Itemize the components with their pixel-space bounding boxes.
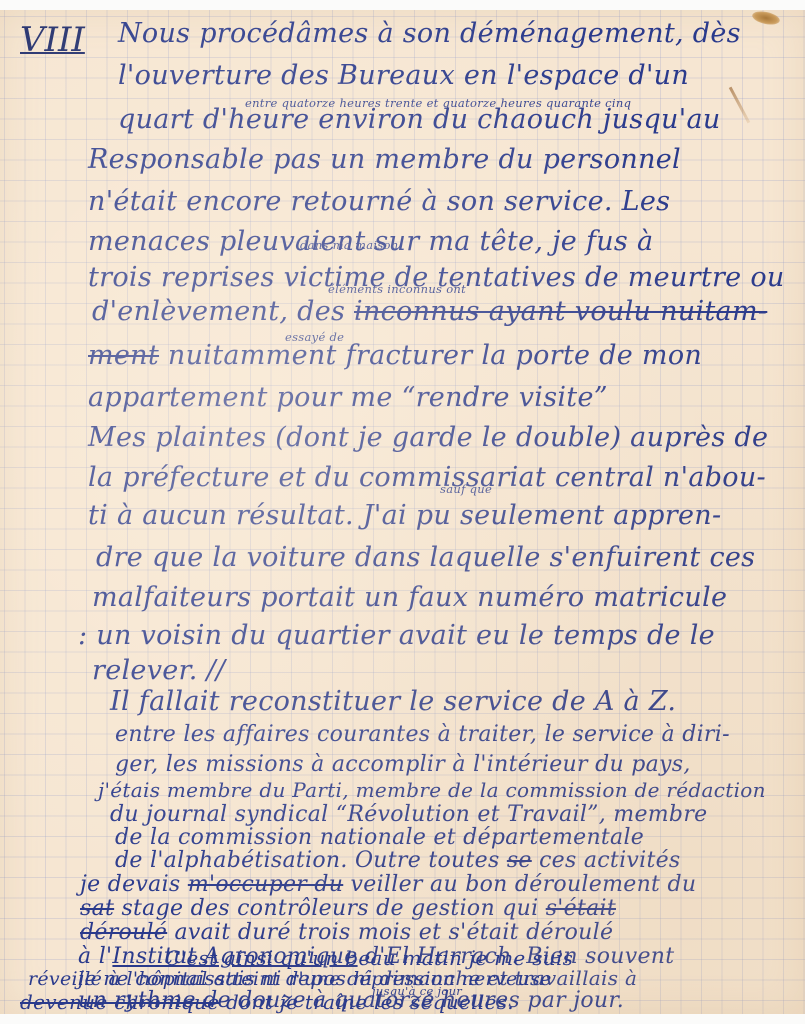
paper-stain (751, 9, 781, 27)
struck-text-line-9: ment (88, 340, 159, 371)
struck-text-lower-8-end: s'était (546, 896, 616, 921)
lower-line-9: déroulé avait duré trois mois et s'était… (80, 920, 613, 945)
struck-text-lower-15: devenue chronique (20, 990, 219, 1014)
lower-line-2: ger, les missions à accomplir à l'intéri… (115, 752, 691, 777)
text-line-2: l'ouverture des Bureaux en l'espace d'un (118, 60, 689, 91)
text-line-5: n'était encore retourné à son service. L… (88, 186, 670, 217)
text-line-8: d'enlèvement, des inconnus ayant voulu n… (92, 296, 767, 327)
text-line-17: relever. // (92, 655, 225, 686)
lower-line-8: sat stage des contrôleurs de gestion qui… (80, 896, 616, 921)
lower-line-15-rest: dont je traîne les séquelles. (226, 990, 514, 1014)
lower-line-7-start: je devais (80, 872, 181, 897)
lower-line-15: devenue chronique dont je traîne les séq… (20, 990, 514, 1014)
paper-crease (729, 87, 750, 124)
lower-line-6-start: de l'alphabétisation. Outre toutes (115, 848, 500, 873)
manuscript-page: VIII Nous procédâmes à son déménagement,… (0, 10, 805, 1014)
struck-text-lower-8: sat (80, 896, 114, 921)
text-line-12: la préfecture et du commissariat central… (88, 462, 766, 493)
lower-line-1: entre les affaires courantes à traiter, … (115, 722, 730, 747)
insertion-note-line-7: dans ma maison (300, 238, 398, 252)
lower-line-4: du journal syndical “Révolution et Trava… (110, 802, 707, 827)
text-line-3: quart d'heure environ du chaouch jusqu'a… (118, 104, 721, 135)
lower-line-5: de la commission nationale et départemen… (115, 825, 644, 850)
lower-line-3: j'étais membre du Parti, membre de la co… (98, 778, 766, 802)
lower-line-7: je devais m'occuper du veiller au bon dé… (80, 872, 696, 897)
text-line-9: ment nuitamment fracturer la porte de mo… (88, 340, 702, 371)
text-line-15: malfaiteurs portait un faux numéro matri… (92, 582, 727, 613)
text-line-14: dre que la voiture dans laquelle s'enfui… (96, 542, 755, 573)
lower-line-7-rest: veiller au bon déroulement du (351, 872, 697, 897)
text-line-11: Mes plaintes (dont je garde le double) a… (88, 422, 768, 453)
struck-text-lower-6: se (507, 848, 532, 873)
insertion-note-line-13: sauf que (440, 482, 492, 496)
lower-line-13: C'est ainsi qu'un beau matin je me suis (165, 946, 573, 970)
struck-text-lower-9: déroulé (80, 920, 167, 945)
text-line-10: appartement pour me “rendre visite” (88, 382, 608, 413)
lower-line-8-rest: stage des contrôleurs de gestion qui (121, 896, 538, 921)
page-number: VIII (20, 20, 85, 60)
struck-text-line-8: inconnus ayant voulu nuitam- (354, 296, 767, 327)
lower-line-9-rest: avait duré trois mois et s'était déroulé (175, 920, 614, 945)
text-line-13: ti à aucun résultat. J'ai pu seulement a… (88, 500, 721, 531)
lower-line-6: de l'alphabétisation. Outre toutes se ce… (115, 848, 681, 873)
text-line-16: : un voisin du quartier avait eu le temp… (78, 620, 715, 651)
text-line-18: Il fallait reconstituer le service de A … (110, 686, 676, 717)
text-line-1: Nous procédâmes à son déménagement, dès (118, 18, 741, 49)
text-line-9-rest: nuitamment fracturer la porte de mon (168, 340, 702, 371)
text-line-8-start: d'enlèvement, des (92, 296, 345, 327)
lower-line-14: réveillé à l'hôpital atteint d'une dépre… (28, 968, 552, 990)
insertion-note-line-8: éléments inconnus ont (328, 282, 466, 296)
text-line-4: Responsable pas un membre du personnel (88, 144, 681, 175)
lower-line-6-rest: ces activités (539, 848, 680, 873)
struck-text-lower-7: m'occuper du (188, 872, 343, 897)
